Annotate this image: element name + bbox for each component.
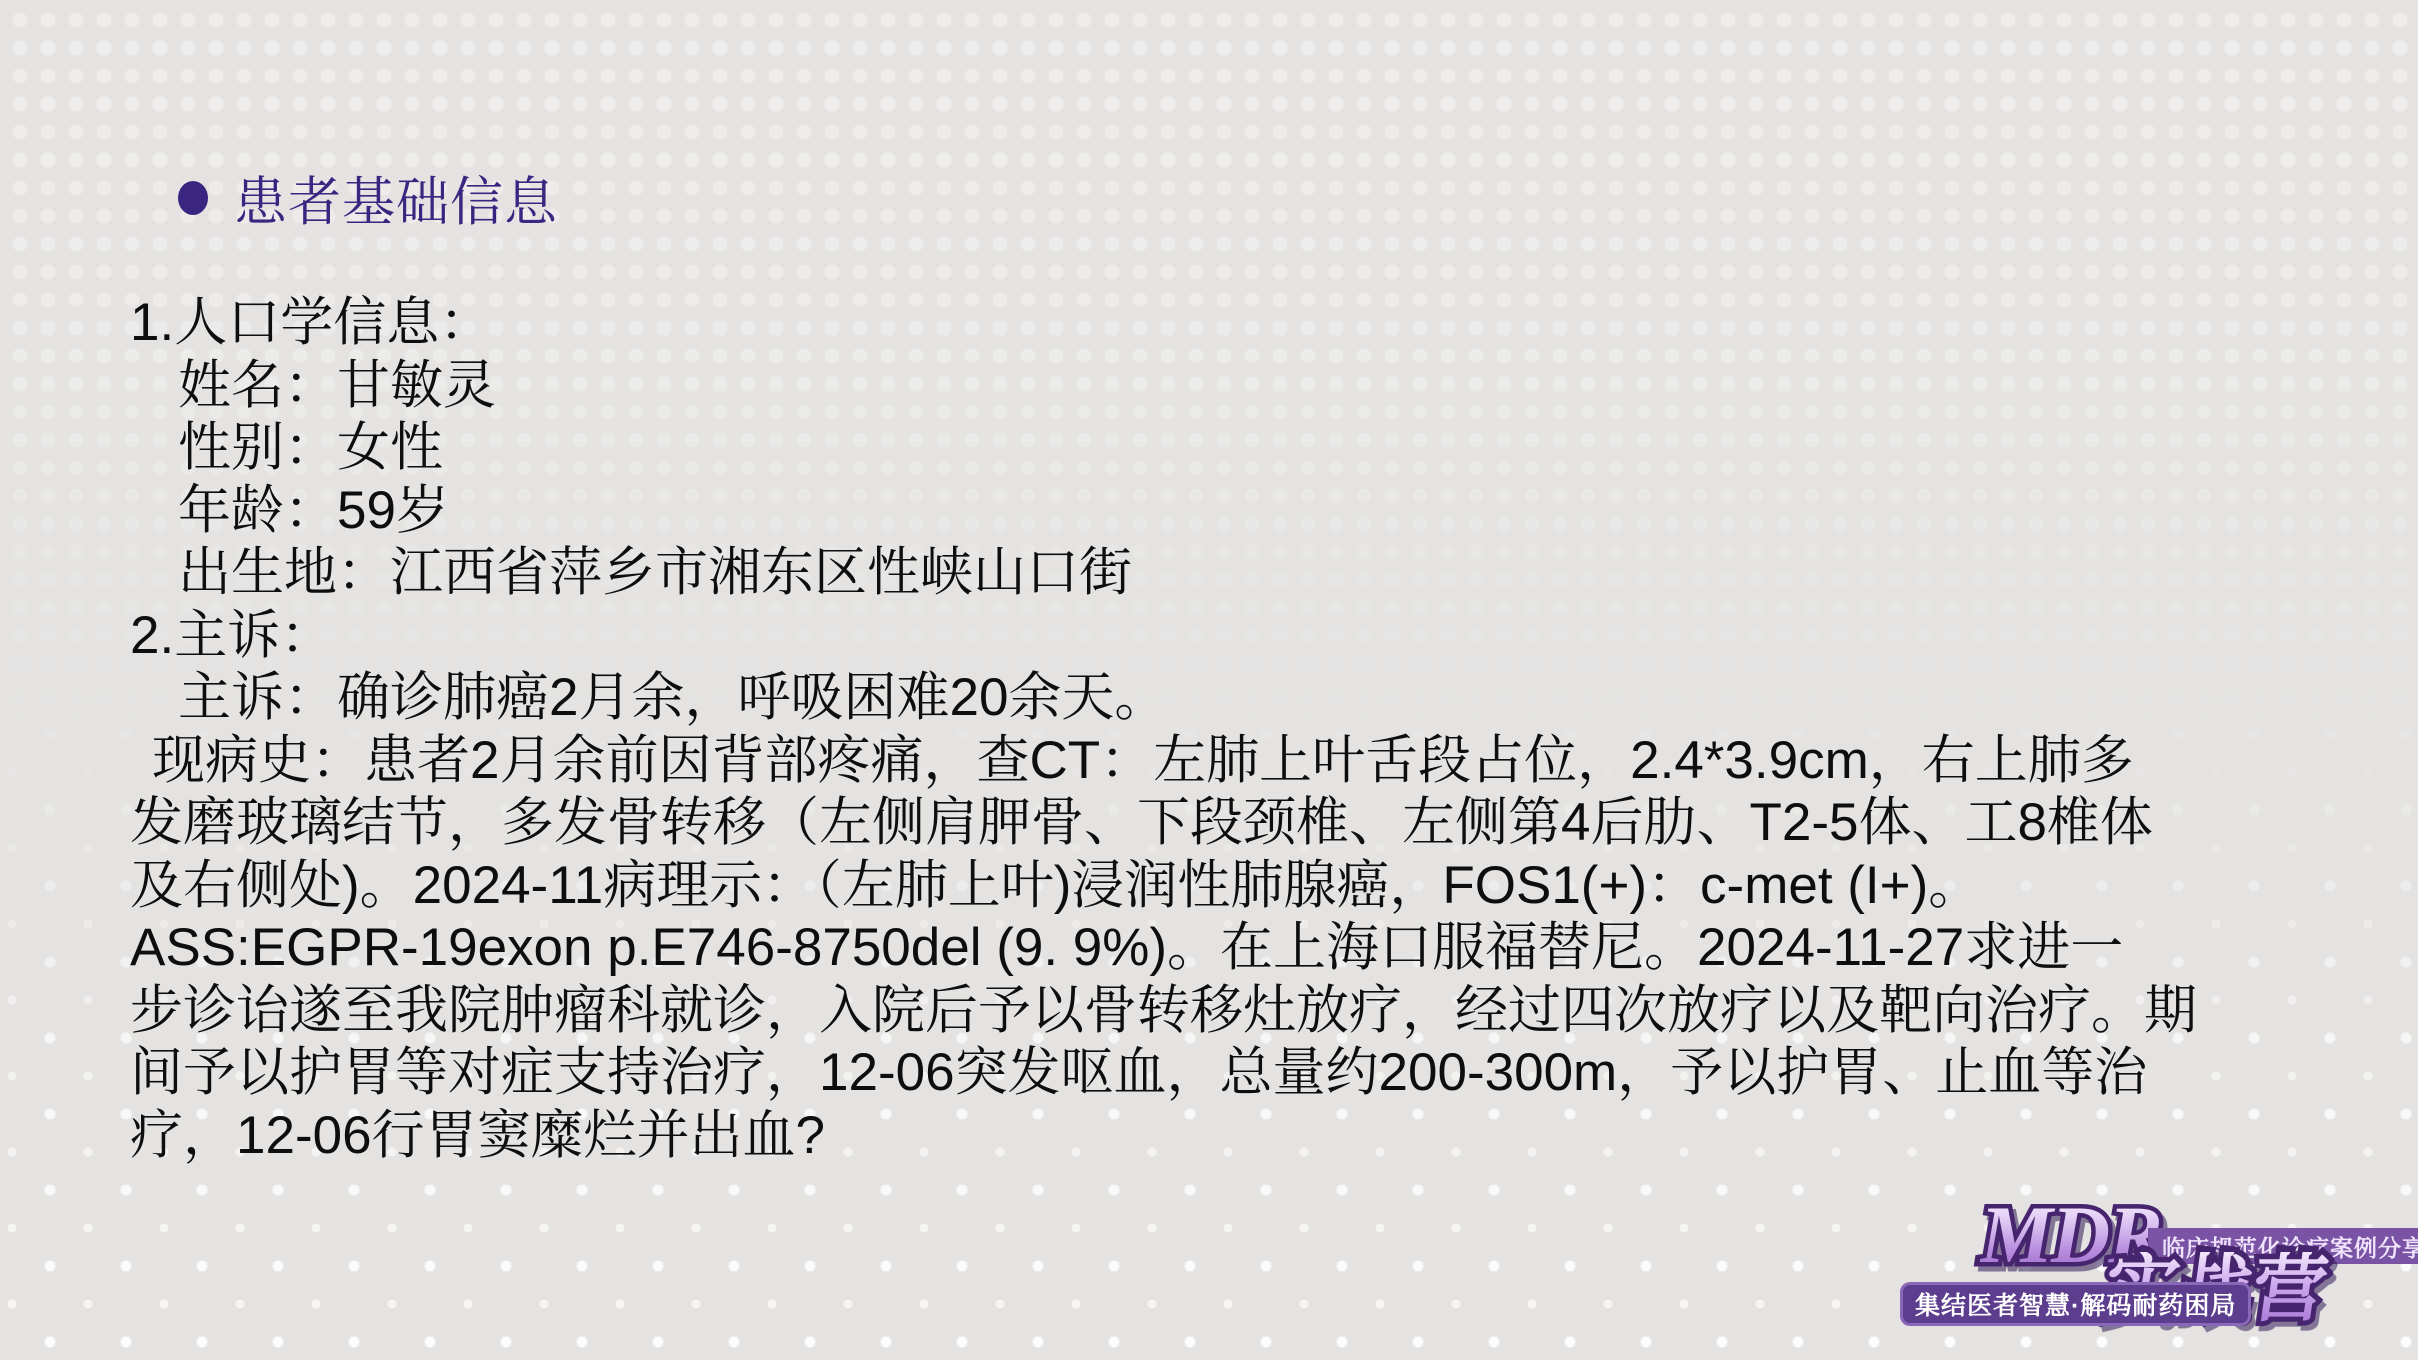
- logo-tagline-pill: 集结医者智慧·解码耐药困局: [1900, 1282, 2251, 1326]
- body-line: 2.主诉：: [130, 605, 2360, 668]
- body-line: 年龄：59岁: [130, 480, 2360, 543]
- body-line: 性别：女性: [130, 417, 2360, 480]
- body-line: 及右侧处)。2024-11病理示：（左肺上叶)浸润性肺腺癌，FOS1(+)：c-…: [130, 855, 2360, 918]
- logo-tagline-text: 集结医者智慧·解码耐药困局: [1915, 1286, 2236, 1322]
- body-line: 发磨玻璃结节，多发骨转移（左侧肩胛骨、下段颈椎、左侧第4后肋、T2-5体、工8椎…: [130, 792, 2360, 855]
- body-line: 主诉：确诊肺癌2月余，呼吸困难20余天。: [130, 667, 2360, 730]
- body-line: 间予以护胃等对症支持治疗，12-06突发呕血，总量约200-300m，予以护胃、…: [130, 1042, 2360, 1105]
- body-line: ASS:EGPR-19exon p.E746-8750del (9. 9%)。在…: [130, 917, 2360, 980]
- body-line: 现病史：患者2月余前因背部疼痛，查CT：左肺上叶舌段占位，2.4*3.9cm，右…: [130, 730, 2360, 793]
- body-line: 步诊诒遂至我院肿瘤科就诊，入院后予以骨转移灶放疗，经过四次放疗以及靶向治疗。期: [130, 980, 2360, 1043]
- presentation-slide: 患者基础信息 1.人口学信息： 姓名：甘敏灵 性别：女性 年龄：59岁 出生地：…: [0, 0, 2418, 1360]
- mdr-camp-logo: MDR MDR 临床规范化诊疗案例分享平台 实战营 实战营 集结医者智慧·解码耐…: [1898, 1200, 2413, 1358]
- body-line: 姓名：甘敏灵: [130, 355, 2360, 418]
- slide-title-row: 患者基础信息: [178, 160, 558, 236]
- bullet-icon: [178, 181, 208, 215]
- body-line: 1.人口学信息：: [130, 292, 2360, 355]
- patient-info-text-block: 1.人口学信息： 姓名：甘敏灵 性别：女性 年龄：59岁 出生地：江西省萍乡市湘…: [130, 292, 2360, 1167]
- slide-title: 患者基础信息: [234, 160, 558, 236]
- body-line: 出生地：江西省萍乡市湘东区性峡山口街: [130, 542, 2360, 605]
- body-line: 疗，12-06行胃窦糜烂并出血?: [130, 1105, 2360, 1168]
